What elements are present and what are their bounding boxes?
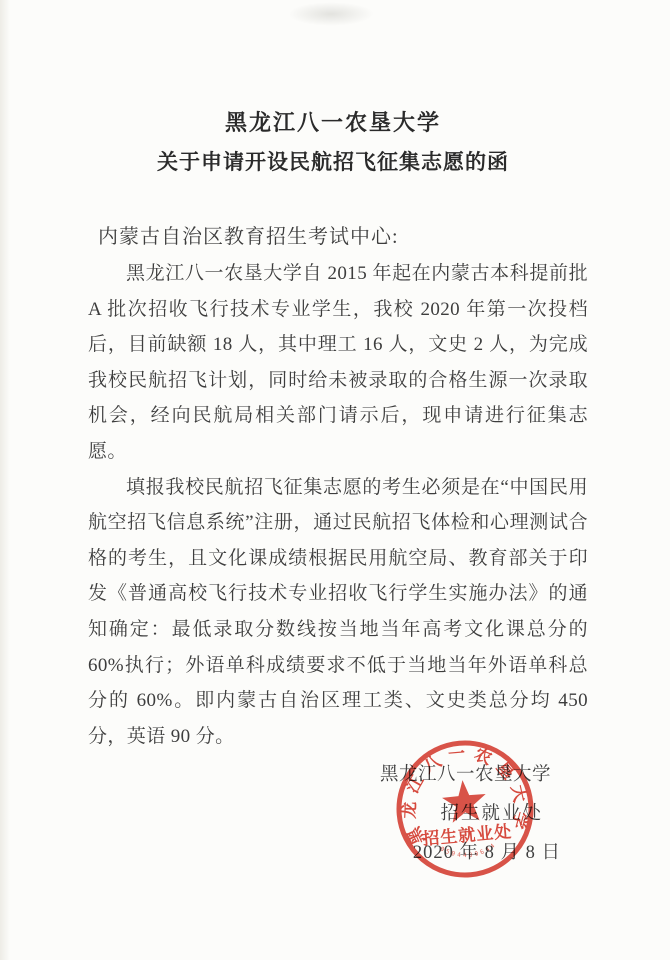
letter-subject-title: 关于申请开设民航招飞征集志愿的函: [0, 146, 666, 178]
scanned-letter-page: 黑龙江八一农垦大学 关于申请开设民航招飞征集志愿的函 内蒙古自治区教育招生考试中…: [0, 0, 670, 960]
paragraph-1: 黑龙江八一农垦大学自 2015 年起在内蒙古本科提前批 A 批次招收飞行技术专业…: [88, 256, 588, 470]
salutation: 内蒙古自治区教育招生考试中心:: [98, 225, 399, 249]
official-seal: 黑龙江八一农垦大学 招生就业处 0504400644: [388, 732, 542, 886]
seal-dept-label: 招生就业处: [421, 821, 513, 849]
paragraph-2: 填报我校民航招飞征集志愿的考生必须是在“中国民用航空招飞信息系统”注册，通过民航…: [88, 470, 588, 755]
university-name-title: 黑龙江八一农垦大学: [0, 108, 666, 138]
star-icon: [441, 778, 488, 823]
letter-header: 黑龙江八一农垦大学 关于申请开设民航招飞征集志愿的函: [0, 108, 666, 178]
letter-body: 黑龙江八一农垦大学自 2015 年起在内蒙古本科提前批 A 批次招收飞行技术专业…: [88, 256, 588, 754]
scan-smudge: [288, 2, 374, 26]
